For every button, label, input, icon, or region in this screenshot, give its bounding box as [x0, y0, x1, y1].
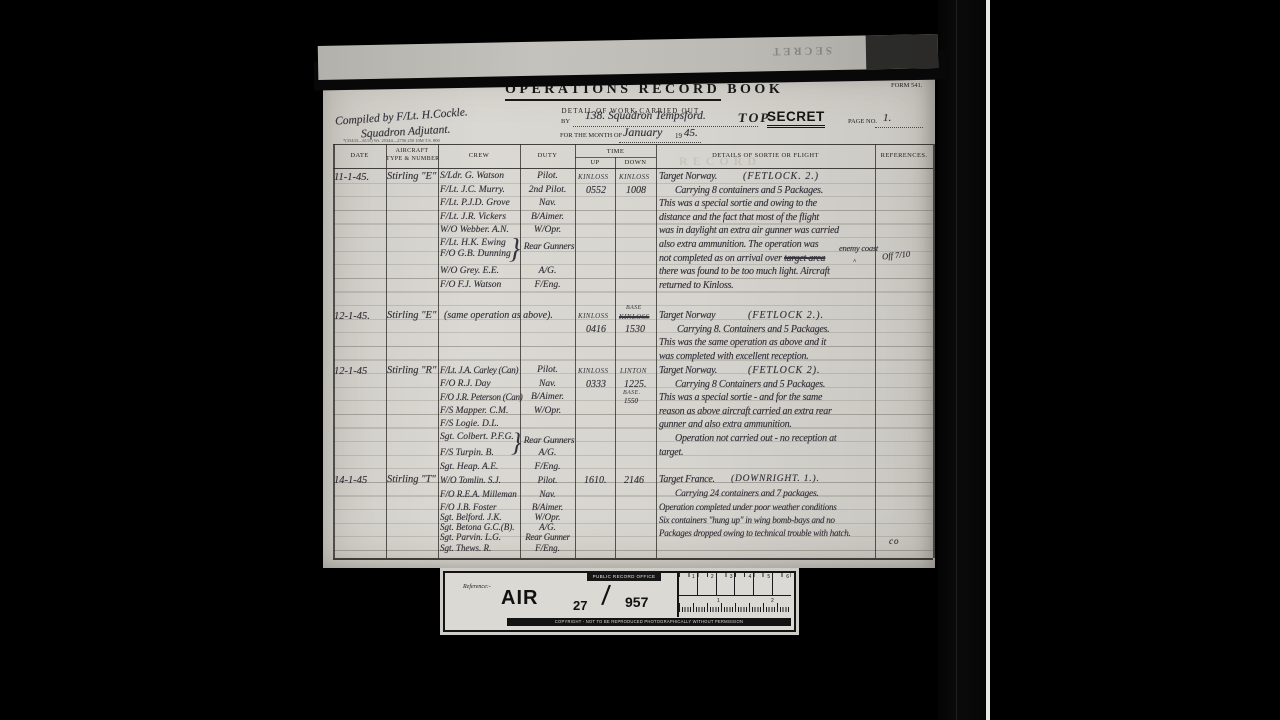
caret-mark: ^ [853, 258, 856, 265]
duty: A/G. [520, 448, 575, 458]
duty: A/G. [520, 522, 575, 532]
entry-aircraft: Stirling "T" [387, 474, 436, 485]
detail-line: Carrying 24 containers and 7 packages. [675, 489, 819, 499]
year-printed: 19 [675, 132, 682, 140]
crew-name: F/Lt. J.R. Vickers [440, 212, 506, 222]
table-vline [933, 144, 935, 558]
ruler-number: 1 [717, 598, 720, 604]
detail-codeword: (FETLOCK. 2.) [743, 171, 819, 182]
reference-piece-1: 27 [573, 598, 587, 613]
crew-name: F/S Logie. D.L. [440, 419, 499, 429]
entry-date: 12-1-45 [334, 366, 367, 377]
table-vline [875, 144, 876, 558]
month-rule [619, 141, 701, 143]
crew-note: (same operation as above). [444, 310, 553, 321]
up-time: 0333 [586, 379, 606, 390]
ruler-cell: 1 [679, 573, 697, 595]
detail-target: Target France. [659, 474, 715, 485]
reference-label: Reference:- [463, 584, 491, 590]
reference-series: AIR [501, 587, 538, 610]
table-vline [615, 157, 616, 558]
table-vline [656, 144, 657, 558]
down-station-corrected: BASE [626, 305, 642, 311]
crew-name: F/Lt. H.K. Ewing [440, 238, 506, 248]
ruler-fine: 1 2 [679, 599, 791, 612]
crew-name: W/O Grey. E.E. [440, 266, 499, 276]
ruler-cell: 4 [734, 573, 753, 595]
detail-line: Packages dropped owing to technical trou… [659, 528, 851, 538]
entry-date: 11-1-45. [334, 172, 369, 183]
duty: F/Eng. [520, 280, 575, 290]
duty: Rear Gunners [520, 436, 578, 446]
table-header-border [333, 168, 933, 169]
down-time: 1225. [624, 379, 647, 390]
struck-text: target area [784, 253, 825, 264]
unit-name: 138. Squadron Tempsford. [585, 110, 706, 122]
ghost-secret-text: SECRET [770, 44, 832, 57]
duty: Nav. [520, 489, 575, 499]
page-number-value: 1. [883, 112, 891, 124]
inserted-correction: enemy coast [839, 243, 878, 253]
ruler-number: 5 [767, 574, 770, 580]
detail-line: was completed with excellent reception. [659, 351, 809, 362]
detail-line: returned to Kinloss. [659, 280, 733, 291]
detail-line: Operation completed under poor weather c… [659, 502, 836, 512]
table-top-border [333, 144, 933, 145]
print-code: *(33433—6111) Wt. 25344—2756 250 10M T.S… [343, 138, 440, 143]
crew-name: F/O R.J. Day [440, 379, 491, 389]
down-time: 1530 [625, 324, 645, 335]
detail-line: there was found to be too much light. Ai… [659, 266, 830, 277]
duty: 2nd Pilot. [520, 185, 575, 195]
duty: B/Aimer. [520, 502, 575, 512]
duty: A/G. [520, 266, 575, 276]
up-time: 1610. [584, 475, 607, 486]
col-header-aircraft-2: Type & Number [386, 156, 438, 162]
down-station-2: BASE. [623, 390, 641, 396]
up-time: 0416 [586, 324, 606, 335]
detail-codeword: (DOWNRIGHT. 1.). [731, 474, 820, 484]
top-secret-stamp-secret: SECRET [767, 109, 825, 128]
crew-name: Sgt. Heap. A.E. [440, 462, 498, 472]
ruler-cell: 6 [772, 573, 791, 595]
col-header-details: Details of Sortie or Flight [656, 152, 875, 159]
crew-name: Sgt. Belford. J.K. [440, 512, 502, 522]
detail-line: gunner and also extra ammunition. [659, 419, 792, 430]
ruler-cell: 3 [716, 573, 735, 595]
page-number-label: Page No. [848, 118, 877, 125]
detail-codeword: (FETLOCK 2). [748, 365, 821, 376]
entry-aircraft: Stirling "E" [387, 310, 436, 321]
detail-target: Target Norway. [659, 365, 717, 376]
strip-shadow [866, 34, 939, 69]
table-vline [575, 144, 576, 558]
crew-name: F/O F.J. Watson [440, 280, 501, 290]
detail-line: Six containers "hung up" in wing bomb-ba… [659, 515, 835, 525]
detail-line: target. [659, 447, 683, 458]
crew-brace: } [509, 234, 520, 266]
down-time: 1008 [626, 185, 646, 196]
duty: W/Opr. [520, 225, 575, 235]
up-station: KINLOSS [578, 173, 608, 181]
ruler-number: 2 [711, 574, 714, 580]
reference-piece-2: 957 [625, 594, 648, 610]
entry-date: 12-1-45. [334, 311, 370, 322]
microfilm-scan: SECRET OPERATIONS RECORD BOOK Form 541. … [0, 0, 1280, 720]
detail-line-with-correction: not completed as on arrival over target … [659, 253, 825, 264]
pro-reference-card: PUBLIC RECORD OFFICE Reference:- AIR 27 … [443, 571, 796, 632]
crew-name: Sgt. Betona G.C.(B). [440, 522, 515, 532]
crew-name: F/S Mapper. C.M. [440, 406, 508, 416]
duty: F/Eng. [520, 462, 575, 472]
ruler-number: 1 [692, 574, 695, 580]
detail-codeword: (FETLOCK 2.). [748, 310, 824, 321]
film-edge-band [938, 0, 986, 720]
film-sprocket-line [986, 0, 990, 720]
col-header-up: Up [575, 159, 615, 166]
entry-date: 14-1-45 [334, 475, 367, 486]
orb-page: OPERATIONS RECORD BOOK Form 541. RECORD … [323, 74, 935, 568]
ruler-number: 3 [730, 574, 733, 580]
detail-line: This was the same operation as above and… [659, 337, 826, 348]
crew-name: S/Ldr. G. Watson [440, 171, 504, 181]
month-value: January [623, 125, 662, 140]
crew-name: W/O Tomlin. S.J. [440, 475, 501, 485]
table-vline [386, 144, 387, 558]
col-header-date: Date [333, 152, 386, 159]
crew-name: F/O G.B. Dunning [440, 249, 511, 259]
duty: W/Opr. [520, 512, 575, 522]
detail-line: Carrying 8 containers and 5 Packages. [675, 185, 823, 196]
up-station: KINLOSS [578, 312, 608, 320]
detail-target: Target Norway [659, 310, 715, 321]
detail-line-pre: not completed as on arrival over [659, 253, 784, 264]
ruler-number: 4 [749, 574, 752, 580]
detail-line: reason as above aircraft carried an extr… [659, 406, 832, 417]
table-bottom-border [333, 558, 933, 560]
detail-line: Carrying 8. Containers and 5 Packages. [677, 324, 829, 335]
duty: Pilot. [520, 365, 575, 375]
up-station: KINLOSS [578, 367, 608, 375]
page-number-rule [875, 126, 923, 128]
copyright-bar: COPYRIGHT - NOT TO BE REPRODUCED PHOTOGR… [507, 618, 791, 626]
detail-line: This was a special sortie and owing to t… [659, 198, 817, 209]
table-vline [438, 144, 439, 558]
duty: B/Aimer. [520, 392, 575, 402]
crew-name: F/Lt. J.C. Murry. [440, 185, 505, 195]
month-label: For the Month of [560, 132, 622, 139]
crew-name: Sgt. Colbert. P.F.G. [440, 432, 514, 442]
duty: W/Opr. [520, 406, 575, 416]
ruler-number: 6 [786, 574, 789, 580]
duty: B/Aimer. [520, 212, 575, 222]
down-station: LINTON [620, 367, 647, 375]
detail-line: This was a special sortie - and for the … [659, 392, 822, 403]
duty: Nav. [520, 379, 575, 389]
crew-name: Sgt. Parvin. L.G. [440, 532, 501, 542]
duty: Rear Gunners [520, 242, 578, 252]
end-mark: co [889, 536, 900, 546]
by-label: By [561, 118, 570, 125]
down-time-2: 1550 [624, 397, 638, 405]
ruler-number: 2 [771, 598, 774, 604]
col-header-references: References. [875, 152, 933, 159]
by-rule [573, 125, 758, 127]
detail-line: was in daylight an extra air gunner was … [659, 225, 839, 236]
ruler-inches: 1 2 3 4 5 6 [679, 573, 791, 596]
duty: Pilot. [520, 475, 575, 485]
entry-aircraft: Stirling "E" [387, 171, 436, 182]
down-station-struck: KINLOSS [619, 313, 649, 321]
reference-slash: / [600, 580, 611, 613]
detail-line: Carrying 8 Containers and 5 Packages. [675, 379, 825, 390]
crew-name: W/O Webber. A.N. [440, 225, 509, 235]
ruler-cell: 5 [753, 573, 772, 595]
ruler-cell: 2 [697, 573, 716, 595]
table-vline [333, 144, 335, 558]
crew-name: F/S Turpin. B. [440, 448, 494, 458]
col-header-time: Time [575, 148, 656, 155]
detail-line: distance and the fact that most of the f… [659, 212, 819, 223]
crew-name: F/O J.B. Foster [440, 502, 497, 512]
year-value: 45. [684, 127, 698, 139]
duty: Rear Gunner [520, 532, 575, 542]
crew-name: Sgt. Thews. R. [440, 543, 491, 553]
col-header-duty: Duty [520, 152, 575, 159]
col-header-aircraft-1: Aircraft [386, 148, 438, 154]
form-number: Form 541. [891, 82, 922, 89]
col-header-down: Down [615, 159, 656, 166]
duty: Pilot. [520, 171, 575, 181]
detail-target: Target Norway. [659, 171, 717, 182]
down-station: KINLOSS [619, 173, 649, 181]
duty: Nav. [520, 198, 575, 208]
crew-name: F/Lt. P.J.D. Grove [440, 198, 510, 208]
crew-name: F/O J.R. Peterson (Can) [440, 392, 522, 402]
up-time: 0552 [586, 185, 606, 196]
ruled-lines [333, 170, 933, 558]
down-time: 2146 [624, 475, 644, 486]
entry-aircraft: Stirling "R" [387, 365, 436, 376]
duty: F/Eng. [520, 543, 575, 553]
crew-name: F/Lt. J.A. Carley (Can) [440, 365, 518, 375]
crew-name: F/O R.E.A. Milleman [440, 489, 517, 499]
pro-office-box: PUBLIC RECORD OFFICE [587, 572, 661, 581]
detail-line: also extra ammunition. The operation was [659, 239, 818, 250]
detail-line: Operation not carried out - no reception… [675, 433, 836, 444]
col-header-crew: Crew [438, 152, 520, 159]
